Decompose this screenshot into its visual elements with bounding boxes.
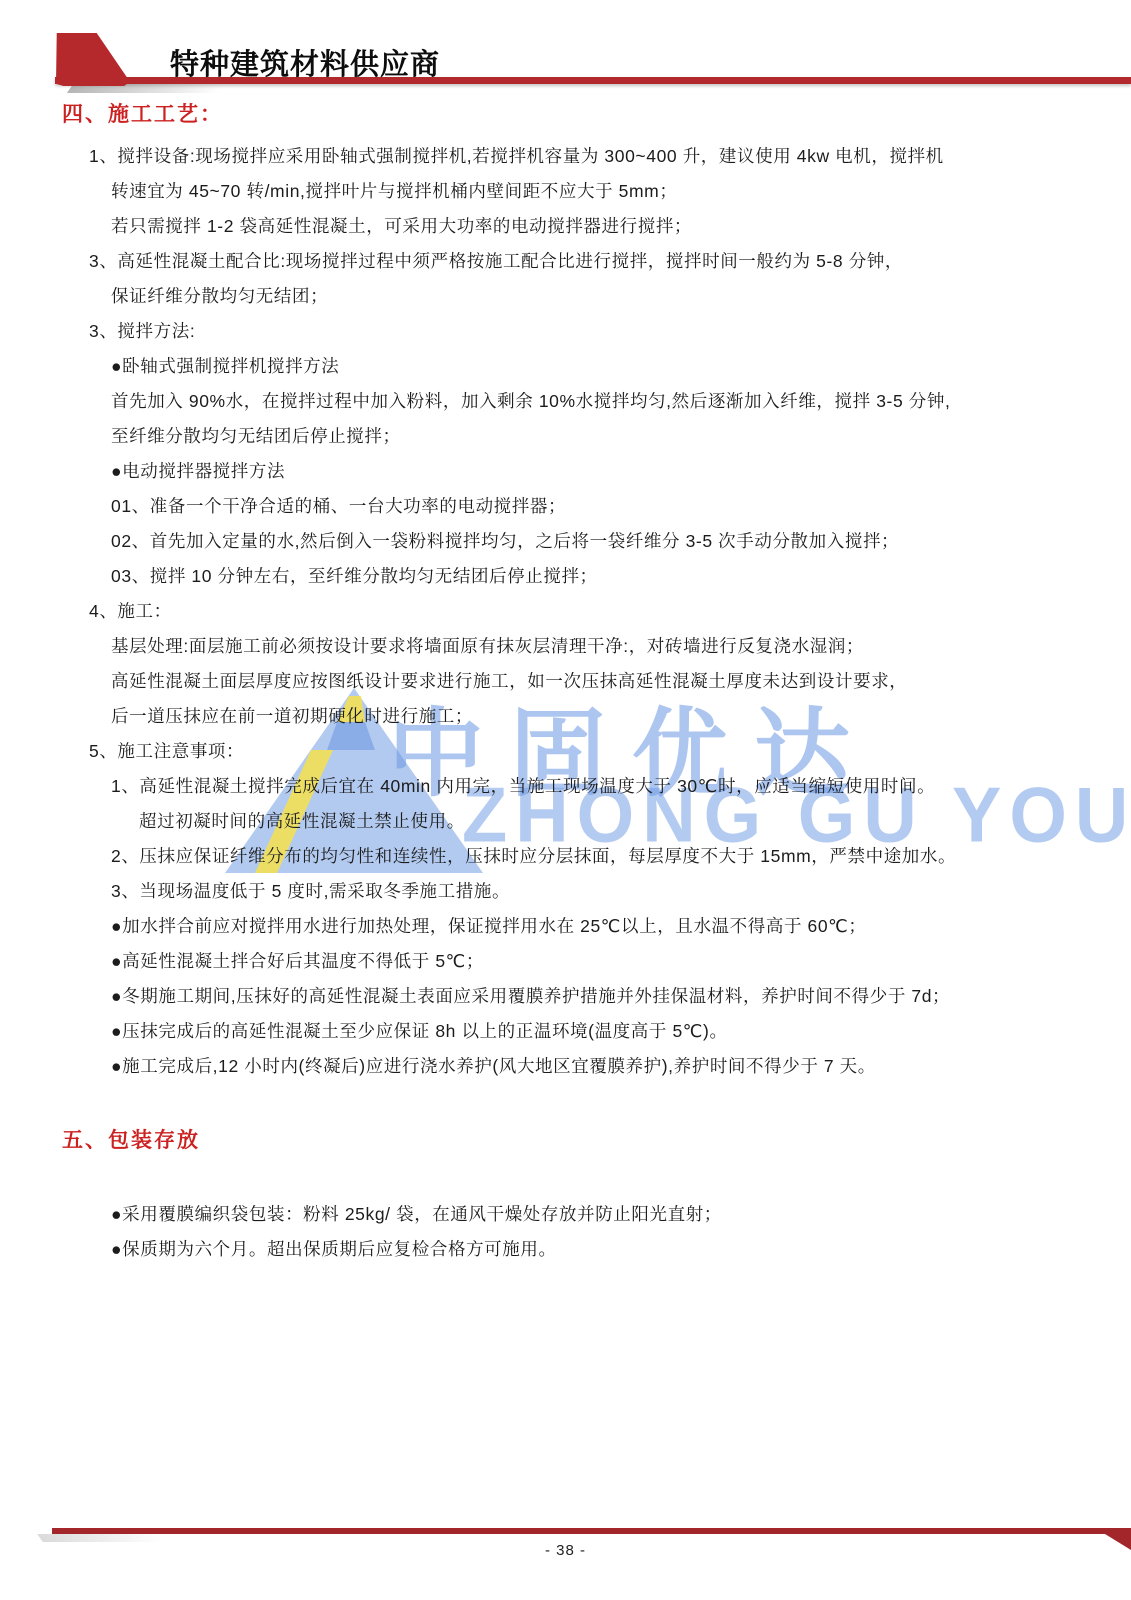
paragraph-line: 2、压抹应保证纤维分布的均匀性和连续性，压抹时应分层抹面，每层厚度不大于 15m… xyxy=(55,846,1091,866)
paragraph-line: 后一道压抹应在前一道初期硬化时进行施工； xyxy=(55,706,1091,726)
paragraph-line: 1、搅拌设备:现场搅拌应采用卧轴式强制搅拌机,若搅拌机容量为 300~400 升… xyxy=(55,146,1091,166)
paragraph-line: ●加水拌合前应对搅拌用水进行加热处理，保证搅拌用水在 25℃以上，且水温不得高于… xyxy=(55,916,1091,936)
section-body-packaging-storage: ●采用覆膜编织袋包装：粉料 25kg/ 袋，在通风干燥处存放并防止阳光直射；●保… xyxy=(55,1204,1091,1259)
paragraph-line: 1、高延性混凝土搅拌完成后宜在 40min 内用完，当施工现场温度大于 30℃时… xyxy=(55,776,1091,796)
paragraph-line: ●卧轴式强制搅拌机搅拌方法 xyxy=(55,356,1091,376)
paragraph-line: 03、搅拌 10 分钟左右，至纤维分散均匀无结团后停止搅拌； xyxy=(55,566,1091,586)
paragraph-line: ●冬期施工期间,压抹好的高延性混凝土表面应采用覆膜养护措施并外挂保温材料，养护时… xyxy=(55,986,1091,1006)
paragraph-line: ●保质期为六个月。超出保质期后应复检合格方可施用。 xyxy=(55,1239,1091,1259)
section-heading-construction-process: 四、施工工艺： xyxy=(62,98,1131,128)
paragraph-line: 3、当现场温度低于 5 度时,需采取冬季施工措施。 xyxy=(55,881,1091,901)
paragraph-line: ●高延性混凝土拌合好后其温度不得低于 5℃； xyxy=(55,951,1091,971)
page-title: 特种建筑材料供应商 xyxy=(170,42,440,83)
paragraph-line: ●压抹完成后的高延性混凝土至少应保证 8h 以上的正温环境(温度高于 5℃)。 xyxy=(55,1021,1091,1041)
paragraph-line: 5、施工注意事项： xyxy=(55,741,1091,761)
paragraph-line: ●电动搅拌器搅拌方法 xyxy=(55,461,1091,481)
paragraph-line: 首先加入 90%水，在搅拌过程中加入粉料，加入剩余 10%水搅拌均匀,然后逐渐加… xyxy=(55,391,1091,411)
header-flag-icon xyxy=(56,33,130,86)
page-number: - 38 - xyxy=(0,1542,1131,1559)
footer-red-rule xyxy=(52,1528,1131,1534)
paragraph-line: 4、施工： xyxy=(55,601,1091,621)
paragraph-line: 至纤维分散均匀无结团后停止搅拌； xyxy=(55,426,1091,446)
paragraph-line: 01、准备一个干净合适的桶、一台大功率的电动搅拌器； xyxy=(55,496,1091,516)
paragraph-line: 保证纤维分散均匀无结团； xyxy=(55,286,1091,306)
paragraph-line: 超过初凝时间的高延性混凝土禁止使用。 xyxy=(55,811,1091,831)
section-heading-packaging-storage: 五、包装存放 xyxy=(62,1124,1131,1154)
paragraph-line: 若只需搅拌 1-2 袋高延性混凝土，可采用大功率的电动搅拌器进行搅拌； xyxy=(55,216,1091,236)
document-content: 四、施工工艺： 1、搅拌设备:现场搅拌应采用卧轴式强制搅拌机,若搅拌机容量为 3… xyxy=(0,98,1131,1274)
paragraph-line: 基层处理:面层施工前必须按设计要求将墙面原有抹灰层清理干净:，对砖墙进行反复浇水… xyxy=(55,636,1091,656)
paragraph-line: ●采用覆膜编织袋包装：粉料 25kg/ 袋，在通风干燥处存放并防止阳光直射； xyxy=(55,1204,1091,1224)
paragraph-line: 高延性混凝土面层厚度应按图纸设计要求进行施工，如一次压抹高延性混凝土厚度未达到设… xyxy=(55,671,1091,691)
page-header: 特种建筑材料供应商 xyxy=(0,0,1131,100)
footer-rule-shadow xyxy=(37,1534,163,1542)
page-footer: - 38 - xyxy=(0,1460,1131,1600)
paragraph-line: ●施工完成后,12 小时内(终凝后)应进行浇水养护(风大地区宜覆膜养护),养护时… xyxy=(55,1056,1091,1076)
paragraph-line: 3、搅拌方法: xyxy=(55,321,1091,341)
paragraph-line: 02、首先加入定量的水,然后倒入一袋粉料搅拌均匀，之后将一袋纤维分 3-5 次手… xyxy=(55,531,1091,551)
paragraph-line: 3、高延性混凝土配合比:现场搅拌过程中须严格按施工配合比进行搅拌，搅拌时间一般约… xyxy=(55,251,1091,271)
paragraph-line: 转速宜为 45~70 转/min,搅拌叶片与搅拌机桶内壁间距不应大于 5mm； xyxy=(55,181,1091,201)
section-body-construction-process: 1、搅拌设备:现场搅拌应采用卧轴式强制搅拌机,若搅拌机容量为 300~400 升… xyxy=(55,146,1091,1076)
